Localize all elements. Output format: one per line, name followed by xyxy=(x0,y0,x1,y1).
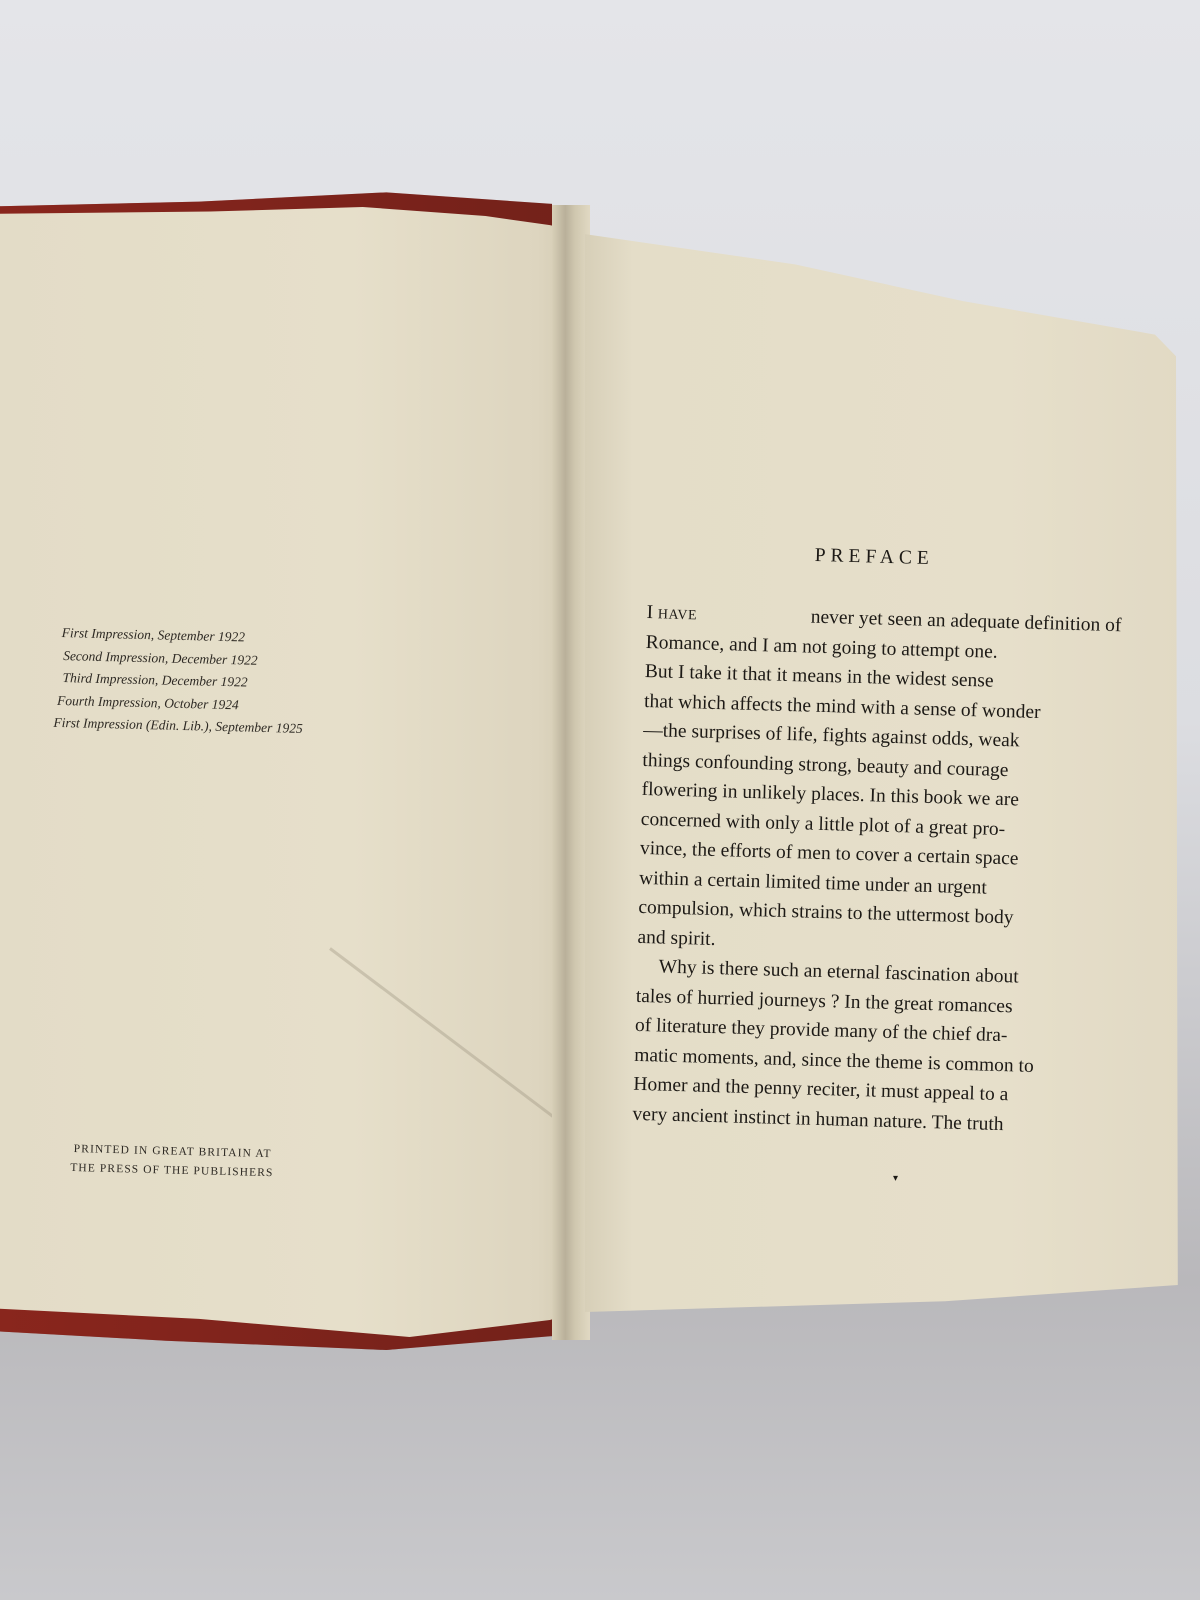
signature-mark-icon: ▾ xyxy=(893,1173,898,1184)
book-gutter xyxy=(552,205,590,1340)
impressions-list: First Impression, September 1922 Second … xyxy=(59,622,442,744)
smallcaps-word: have xyxy=(658,602,698,624)
printer-note: Printed in Great Britain at the Press of… xyxy=(73,1140,374,1186)
book-photo: First Impression, September 1922 Second … xyxy=(0,0,1200,1600)
page-crease xyxy=(329,947,586,1142)
preface-title: PREFACE xyxy=(814,545,934,570)
text-segment: I have xyxy=(646,598,697,629)
drop-word: I xyxy=(646,602,653,623)
preface-text: I have never yet seen an adequate defini… xyxy=(632,598,1122,1142)
